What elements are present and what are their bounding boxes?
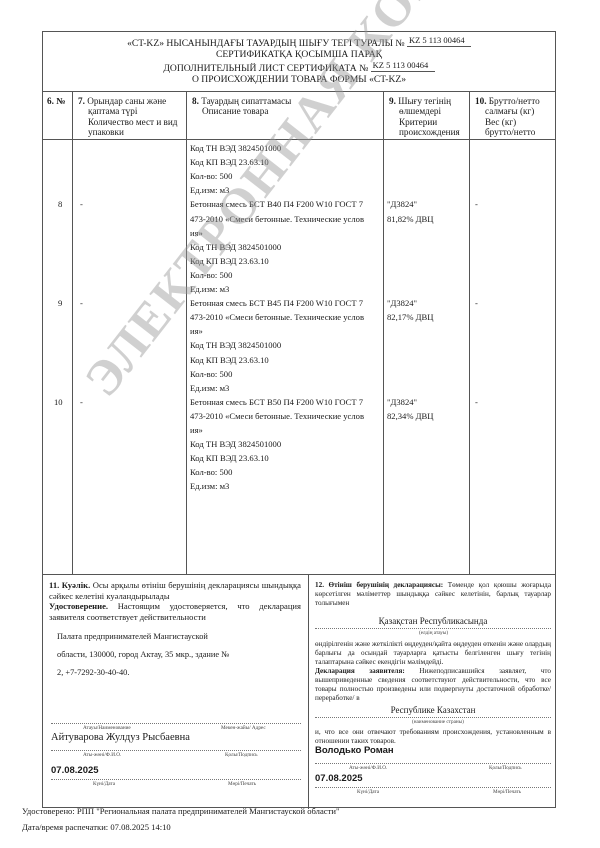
caption-declarant-signature: Қолы/Подпись [489,765,522,771]
country-ru: Республике Казахстан [309,705,557,715]
declaration-text-kz: 12. Өтініш берушінің декларациясы: Төмен… [315,581,551,608]
criteria-column: "Д3824"81,82% ДВЦ"Д3824"82,17% ДВЦ"Д3824… [384,139,470,574]
description-line: Код ТН ВЭД 3824501000 [190,439,281,449]
column-8-num: 8. [192,96,199,106]
caption-fio: Аты-жөні/Ф.И.О. [83,752,121,758]
caption-declarant-date: Күні/Дата [357,789,379,795]
column-header-description: 8. Тауардың сипаттамасы Описание товара [187,91,384,139]
description-column: Код ТН ВЭД 3824501000Код КП ВЭД 23.63.10… [187,139,384,574]
description-line: Бетонная смесь БСТ В40 П4 F200 W10 ГОСТ … [190,199,363,209]
print-datetime-footer: Дата/время распечатки: 07.08.2025 14:10 [22,822,171,832]
description-line: Ед.изм: м3 [190,383,229,393]
certified-by-footer: Удостоверено: РПП "Региональная палата п… [22,806,339,816]
column-9-ru: Критерии [389,117,465,127]
declarant-fio-dotted-line [315,763,551,764]
column-header-criteria: 9. Шығу тегінің өлшемдері Критерии проис… [384,91,470,139]
row-criterion-code: "Д3824" [387,397,417,407]
row-places: - [80,199,83,209]
column-8-ru: Описание товара [192,106,379,116]
description-line: Кол-во: 500 [190,171,232,181]
weight-column: --- [470,139,557,574]
row-criterion-code: "Д3824" [387,199,417,209]
row-criterion-code: "Д3824" [387,298,417,308]
row-places: - [80,298,83,308]
column-10-kz: Брутто/нетто [489,96,540,106]
caption-date: Күні/Дата [93,781,115,787]
description-line: Код ТН ВЭД 3824501000 [190,242,281,252]
column-header-places: 7. Орындар саны және қаптама түрі Количе… [73,91,187,139]
header-subtitle-kz: СЕРТИФИКАТҚА ҚОСЫМША ПАРАҚ [43,49,555,60]
row-criterion-percent: 82,17% ДВЦ [387,312,433,322]
certificate-number: KZ 5 113 00464 [407,35,471,47]
certificate-number-ru: KZ 5 113 00464 [371,60,435,72]
row-numbers-column: 8910 [43,139,73,574]
row-criterion-percent: 81,82% ДВЦ [387,214,433,224]
column-7-ru: Количество мест и вид [78,117,182,127]
header-subtitle-ru: О ПРОИСХОЖДЕНИИ ТОВАРА ФОРМЫ «CT-KZ» [43,74,555,85]
description-line: Ед.изм: м3 [190,284,229,294]
organization-line-1: Палата предпринимателей Мангистауской [57,632,208,641]
column-9-num: 9. [389,96,396,106]
column-7-num: 7. [78,96,85,106]
description-line: Ед.изм: м3 [190,481,229,491]
declarant-date-dotted-line [315,787,551,788]
row-places: - [80,397,83,407]
description-line: Бетонная смесь БСТ В45 П4 F200 W10 ГОСТ … [190,298,363,308]
caption-signature: Қолы/Подпись [225,752,258,758]
column-header-weight: 10. Брутто/нетто салмағы (кг) Вес (кг) б… [470,91,557,139]
organization-line-3: 2, +7-7292-30-40-40. [57,668,129,677]
places-column: --- [73,139,187,574]
description-line: 473-2010 «Смеси бетонные. Технические ус… [190,312,364,322]
description-line: Код КП ВЭД 23.63.10 [190,355,269,365]
caption-country-ru: (наименование страны) [412,719,464,725]
row-weight: - [475,397,478,407]
certificate-frame: «CT-KZ» НЫСАНЫНДАҒЫ ТАУАРДЫҢ ШЫҒУ ТЕГІ Т… [42,31,556,808]
column-8-kz: Тауардың сипаттамасы [201,96,291,106]
row-weight: - [475,298,478,308]
certification-box: 11. Куәлік. Осы арқылы өтініш берушінің … [43,574,309,809]
country-kz: Қазақстан Республикасында [309,616,557,626]
declaration-date: 07.08.2025 [315,773,363,784]
description-line: ия» [190,326,203,336]
declaration-title-ru: Декларация заявителя: [315,667,405,675]
column-9-kz: Шығу тегінің [398,96,451,106]
certification-text: 11. Куәлік. Осы арқылы өтініш берушінің … [49,580,301,622]
certification-title-ru: Удостоверение. [49,601,108,611]
description-line: Кол-во: 500 [190,270,232,280]
country-kz-dotted-line [315,628,551,629]
certification-section: 11. Куәлік. Осы арқылы өтініш берушінің … [43,574,555,809]
description-line: Код КП ВЭД 23.63.10 [190,453,269,463]
column-7-kz2: қаптама түрі [78,106,182,116]
organization-line-2: области, 130000, город Актау, 35 мкр., з… [57,650,229,659]
row-number: 10 [54,397,63,407]
header-title-kz: «CT-KZ» НЫСАНЫНДАҒЫ ТАУАРДЫҢ ШЫҒУ ТЕГІ Т… [127,38,404,49]
description-line: 473-2010 «Смеси бетонные. Технические ус… [190,214,364,224]
row-number: 8 [58,199,62,209]
description-line: Код КП ВЭД 23.63.10 [190,256,269,266]
fio-dotted-line [51,750,301,751]
description-line: ия» [190,228,203,238]
certificate-header: «CT-KZ» НЫСАНЫНДАҒЫ ТАУАРДЫҢ ШЫҒУ ТЕГІ Т… [43,32,555,92]
column-9-kz2: өлшемдері [389,106,465,116]
column-10-num: 10. [475,96,486,106]
column-number-label: 6. № [47,96,65,106]
table-header: 6. № 7. Орындар саны және қаптама түрі К… [43,91,555,140]
declaration-body-kz-2: өндірілгенін және жеткілікті өңдеуден/қа… [315,640,551,666]
description-line: Код ТН ВЭД 3824501000 [190,340,281,350]
declaration-box: 12. Өтініш берушінің декларациясы: Төмен… [309,574,557,809]
caption-name: Атауы/Наименование [83,725,131,731]
row-number: 9 [58,298,62,308]
column-10-ru2: брутто/нетто [475,127,553,137]
table-body: 8910 --- Код ТН ВЭД 3824501000Код КП ВЭД… [43,139,555,575]
certifier-name: Айтуварова Жулдуз Рысбаевна [51,732,190,743]
caption-declarant-stamp: Мөрі/Печать [493,789,521,795]
certification-date: 07.08.2025 [51,765,99,776]
column-9-ru2: происхождения [389,127,465,137]
description-line: Кол-во: 500 [190,369,232,379]
declaration-title-kz: 12. Өтініш берушінің декларациясы: [315,581,443,589]
caption-declarant-fio: Аты-жөні/Ф.И.О. [349,765,387,771]
description-line: Кол-во: 500 [190,467,232,477]
row-weight: - [475,199,478,209]
declaration-text-ru-2: и, что все они отвечают требованиям прои… [315,728,551,746]
description-line: Код ТН ВЭД 3824501000 [190,143,281,153]
certification-title-kz: 11. Куәлік. [49,580,90,590]
declaration-text-kz-2: өндірілгенін және жеткілікті өңдеуден/қа… [315,640,551,703]
caption-stamp: Мөрі/Печать [228,781,256,787]
column-header-number: 6. № [43,91,73,139]
description-line: Бетонная смесь БСТ В50 П4 F200 W10 ГОСТ … [190,397,363,407]
declarant-name: Володько Роман [315,745,394,756]
description-line: ия» [190,425,203,435]
description-line: Код КП ВЭД 23.63.10 [190,157,269,167]
caption-address: Мекен-жайы/ Адрес [221,725,266,731]
date-dotted-line [51,779,301,780]
caption-country-kz: (елдің атауы) [419,630,448,636]
name-dotted-line [51,723,301,724]
row-criterion-percent: 82,34% ДВЦ [387,411,433,421]
column-7-ru2: упаковки [78,127,182,137]
description-line: 473-2010 «Смеси бетонные. Технические ус… [190,411,364,421]
description-line: Ед.изм: м3 [190,185,229,195]
column-10-kz2: салмағы (кг) [475,106,553,116]
column-10-ru: Вес (кг) [475,117,553,127]
header-title-ru: ДОПОЛНИТЕЛЬНЫЙ ЛИСТ СЕРТИФИКАТА № [163,63,368,74]
country-ru-dotted-line [315,717,551,718]
column-7-kz: Орындар саны және [87,96,166,106]
